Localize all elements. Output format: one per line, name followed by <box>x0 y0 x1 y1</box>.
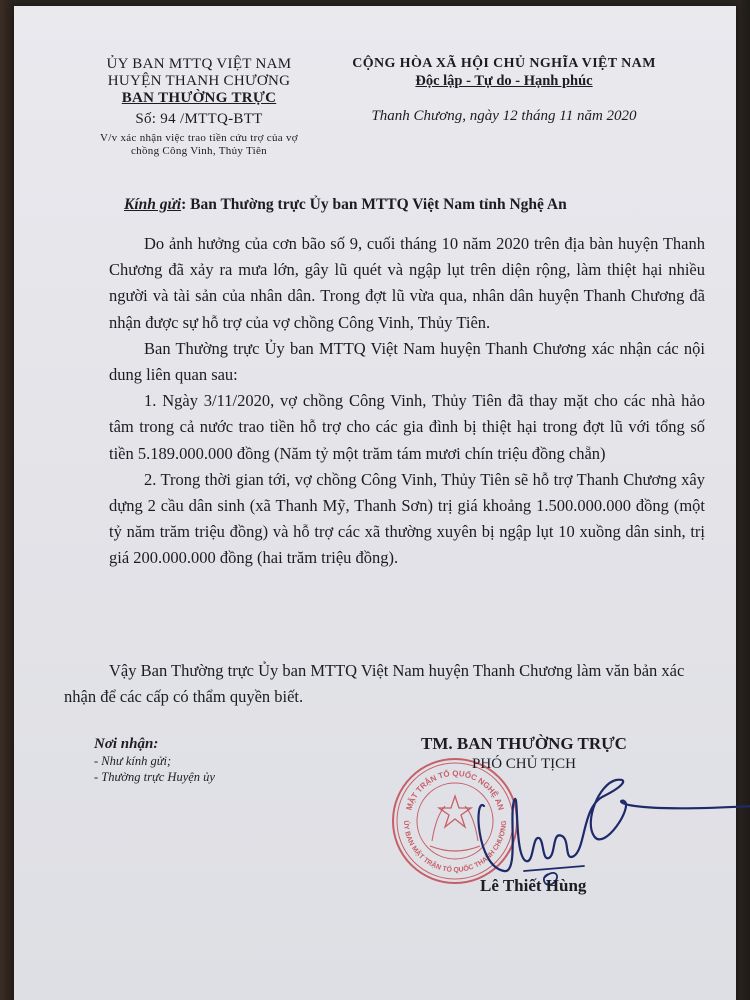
body-paragraph: Do ảnh hưởng của cơn bão số 9, cuối thán… <box>109 231 705 336</box>
closing-paragraph: Vậy Ban Thường trực Ủy ban MTTQ Việt Nam… <box>64 658 704 710</box>
national-motto: Độc lập - Tự do - Hạnh phúc <box>314 73 694 90</box>
recipients-title: Nơi nhận: <box>94 736 215 753</box>
body-paragraph: 2. Trong thời gian tới, vợ chồng Công Vi… <box>109 467 705 572</box>
issuing-agency-header: ỦY BAN MTTQ VIỆT NAM HUYỆN THANH CHƯƠNG … <box>74 56 324 158</box>
place-and-date: Thanh Chương, ngày 12 tháng 11 năm 2020 <box>314 108 694 125</box>
subject-line-2: chồng Công Vinh, Thủy Tiên <box>74 145 324 158</box>
document-page: ỦY BAN MTTQ VIỆT NAM HUYỆN THANH CHƯƠNG … <box>14 6 736 1000</box>
body-paragraph: 1. Ngày 3/11/2020, vợ chồng Công Vinh, T… <box>109 388 705 467</box>
closing-text: Vậy Ban Thường trực Ủy ban MTTQ Việt Nam… <box>64 658 704 710</box>
addressee-label: Kính gửi <box>124 196 181 213</box>
document-number: Số: 94 /MTTQ-BTT <box>74 111 324 128</box>
addressee-line: Kính gửi: Ban Thường trực Ủy ban MTTQ Vi… <box>124 196 567 214</box>
agency-line-1: ỦY BAN MTTQ VIỆT NAM <box>74 56 324 73</box>
agency-line-3: BAN THƯỜNG TRỰC <box>74 90 324 107</box>
on-behalf-title: TM. BAN THƯỜNG TRỰC <box>384 734 664 754</box>
document-subject: V/v xác nhận việc trao tiền cứu trợ của … <box>74 132 324 158</box>
recipient-item: - Thường trực Huyện ủy <box>94 769 215 785</box>
recipients-list: Nơi nhận: - Như kính gửi; - Thường trực … <box>94 736 215 785</box>
document-body: Do ảnh hưởng của cơn bão số 9, cuối thán… <box>109 231 705 572</box>
addressee-name: Ban Thường trực Ủy ban MTTQ Việt Nam tỉn… <box>190 196 567 213</box>
subject-line-1: V/v xác nhận việc trao tiền cứu trợ của … <box>74 132 324 145</box>
recipient-item: - Như kính gửi; <box>94 753 215 769</box>
body-paragraph: Ban Thường trực Ủy ban MTTQ Việt Nam huy… <box>109 336 705 388</box>
agency-line-2: HUYỆN THANH CHƯƠNG <box>74 73 324 90</box>
national-header: CỘNG HÒA XÃ HỘI CHỦ NGHĨA VIỆT NAM Độc l… <box>314 56 694 125</box>
signer-name: Lê Thiết Hùng <box>480 876 586 896</box>
nation-title: CỘNG HÒA XÃ HỘI CHỦ NGHĨA VIỆT NAM <box>314 56 694 72</box>
addressee-sep: : <box>181 196 190 213</box>
